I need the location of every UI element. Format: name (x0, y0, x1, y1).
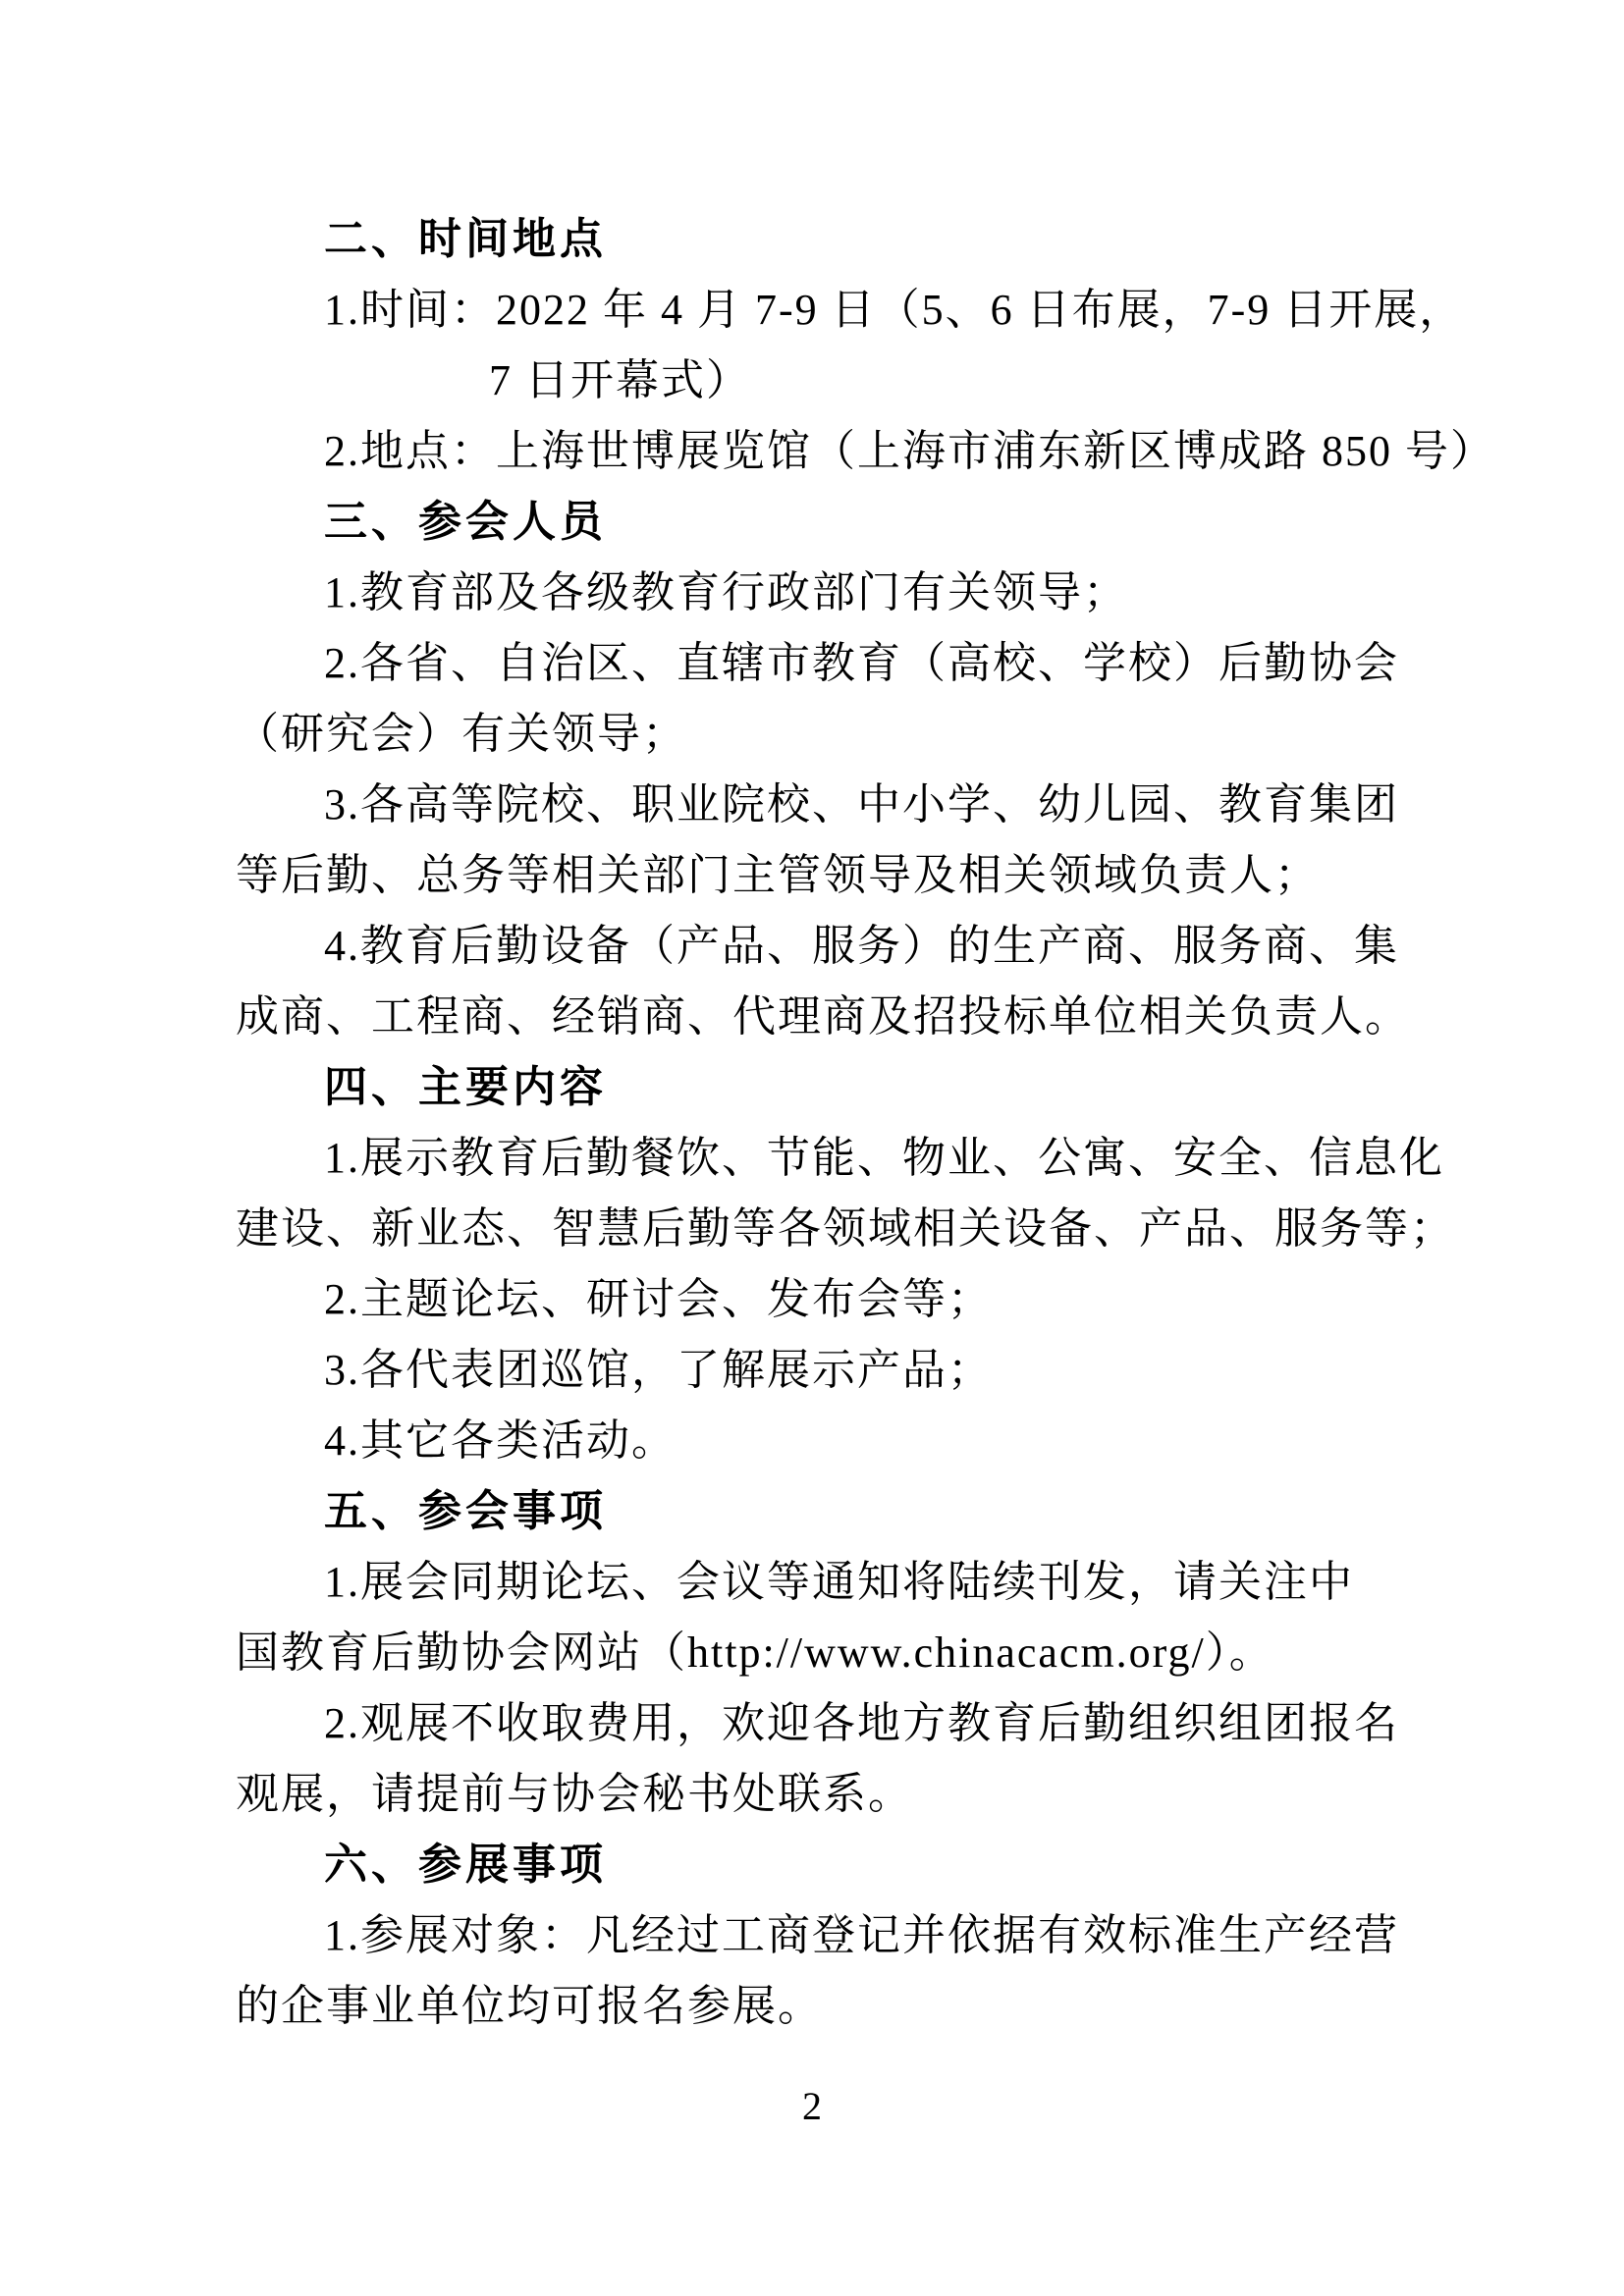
line-attendees-item-3-continuation: 等后勤、总务等相关部门主管领导及相关领域负责人； (236, 840, 1463, 911)
line-content-item-4: 4.其它各类活动。 (236, 1406, 1463, 1476)
line-exhibition-item-1: 1.参展对象：凡经过工商登记并依据有效标准生产经营 (236, 1900, 1463, 1971)
heading-section-6-exhibition-notes: 六、参展事项 (236, 1830, 1463, 1900)
line-time-continuation: 7 日开幕式） (236, 346, 1463, 416)
document-page: 二、时间地点 1.时间：2022 年 4 月 7-9 日（5、6 日布展，7-9… (0, 0, 1624, 2296)
heading-section-3-attendees: 三、参会人员 (236, 487, 1463, 558)
line-location: 2.地点：上海世博展览馆（上海市浦东新区博成路 850 号） (236, 416, 1463, 487)
document-body: 二、时间地点 1.时间：2022 年 4 月 7-9 日（5、6 日布展，7-9… (236, 204, 1463, 2042)
line-attendees-item-3: 3.各高等院校、职业院校、中小学、幼儿园、教育集团 (236, 770, 1463, 840)
line-attendees-item-1: 1.教育部及各级教育行政部门有关领导； (236, 558, 1463, 628)
line-attendees-item-4-continuation: 成商、工程商、经销商、代理商及招投标单位相关负责人。 (236, 982, 1463, 1052)
line-exhibition-item-1-continuation: 的企事业单位均可报名参展。 (236, 1971, 1463, 2042)
line-attendees-item-2: 2.各省、自治区、直辖市教育（高校、学校）后勤协会 (236, 628, 1463, 699)
page-number: 2 (0, 2083, 1624, 2129)
line-content-item-3: 3.各代表团巡馆，了解展示产品； (236, 1335, 1463, 1406)
heading-section-5-attendance-notes: 五、参会事项 (236, 1476, 1463, 1547)
line-attendance-item-2: 2.观展不收取费用，欢迎各地方教育后勤组织组团报名 (236, 1688, 1463, 1759)
line-attendees-item-2-continuation: （研究会）有关领导； (236, 699, 1463, 770)
line-content-item-1-continuation: 建设、新业态、智慧后勤等各领域相关设备、产品、服务等； (236, 1194, 1463, 1264)
line-content-item-2: 2.主题论坛、研讨会、发布会等； (236, 1264, 1463, 1335)
line-attendance-item-1-continuation: 国教育后勤协会网站（http://www.chinacacm.org/）。 (236, 1618, 1463, 1688)
line-content-item-1: 1.展示教育后勤餐饮、节能、物业、公寓、安全、信息化 (236, 1123, 1463, 1194)
line-attendance-item-1: 1.展会同期论坛、会议等通知将陆续刊发，请关注中 (236, 1547, 1463, 1618)
heading-section-4-main-content: 四、主要内容 (236, 1052, 1463, 1123)
line-attendees-item-4: 4.教育后勤设备（产品、服务）的生产商、服务商、集 (236, 911, 1463, 982)
line-time: 1.时间：2022 年 4 月 7-9 日（5、6 日布展，7-9 日开展， (236, 275, 1463, 346)
heading-section-2-time-location: 二、时间地点 (236, 204, 1463, 275)
line-attendance-item-2-continuation: 观展，请提前与协会秘书处联系。 (236, 1759, 1463, 1830)
